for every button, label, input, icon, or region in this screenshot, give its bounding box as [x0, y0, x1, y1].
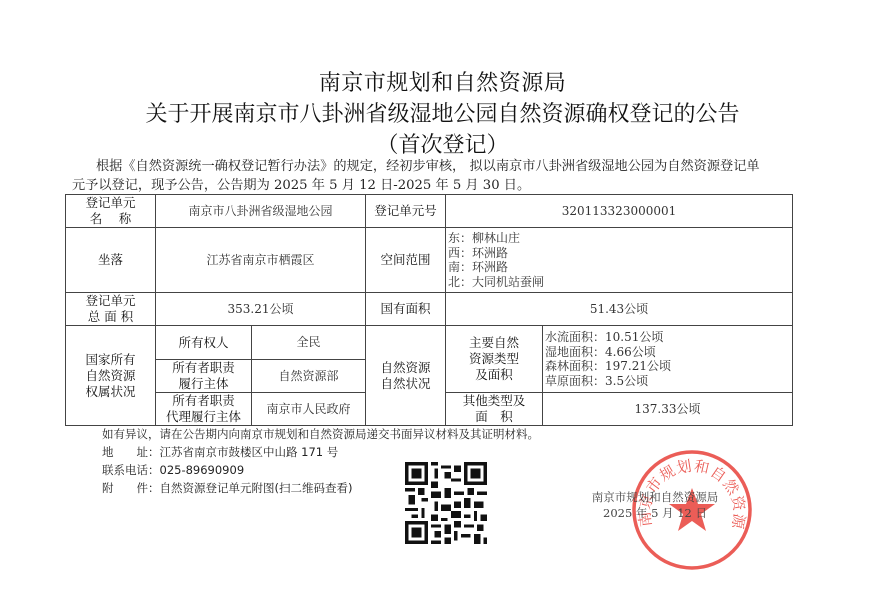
address-value: 江苏省南京市鼓楼区中山路 171 号: [160, 445, 339, 459]
owner-label: 所有权人: [156, 326, 252, 360]
phone-label: 联系电话：: [102, 463, 160, 477]
forest-area: 森林面积：197.21公顷: [545, 359, 792, 374]
intro-line-1: 根据《自然资源统一确权登记暂行办法》的规定，经初步审核， 拟以南京市八卦洲省级湿…: [72, 157, 792, 176]
label-line: 登记单元: [66, 195, 155, 211]
address-label: 地 址：: [102, 445, 160, 459]
unit-no-label: 登记单元号: [366, 195, 446, 228]
label-line: 其他类型及: [446, 393, 542, 409]
registration-table: 登记单元 名 称 南京市八卦洲省级湿地公园 登记单元号 320113323000…: [65, 194, 793, 426]
label-line: 国家所有: [66, 352, 155, 368]
duty-value: 自然资源部: [252, 360, 366, 393]
signature-block: 南京市规划和自然资源局 2025 年 5 月 12 日: [570, 489, 740, 521]
ownership-label: 国家所有 自然资源 权属状况: [66, 326, 156, 426]
table-row: 登记单元 总 面 积 353.21公顷 国有面积 51.43公顷: [66, 293, 793, 326]
qr-code-icon[interactable]: [405, 462, 487, 544]
agent-value: 南京市人民政府: [252, 393, 366, 426]
other-area-value: 137.33公顷: [543, 393, 793, 426]
phone-value: 025-89690909: [160, 463, 245, 477]
grassland-area: 草原面积：3.5公顷: [545, 374, 792, 389]
owner-value: 全民: [252, 326, 366, 360]
state-area-value: 51.43公顷: [446, 293, 793, 326]
attachment-label: 附 件：: [102, 481, 160, 495]
extent-north: 北：大同机站蚕闸: [448, 275, 792, 290]
label-line: 自然状况: [366, 376, 445, 392]
water-area: 水流面积：10.51公顷: [545, 330, 792, 345]
intro-line-2: 元予以登记，现予公告，公告期为 2025 年 5 月 12 日-2025 年 5…: [72, 176, 792, 195]
main-types-value: 水流面积：10.51公顷 湿地面积：4.66公顷 森林面积：197.21公顷 草…: [543, 326, 793, 393]
unit-no-value: 320113323000001: [446, 195, 793, 228]
extent-value: 东：柳林山庄 西：环洲路 南：环洲路 北：大同机站蚕闸: [446, 228, 793, 293]
label-line: 代理履行主体: [156, 409, 251, 425]
extent-south: 南：环洲路: [448, 260, 792, 275]
state-area-label: 国有面积: [366, 293, 446, 326]
table-row: 坐落 江苏省南京市栖霞区 空间范围 东：柳林山庄 西：环洲路 南：环洲路 北：大…: [66, 228, 793, 293]
label-line: 主要自然: [446, 335, 542, 351]
table-row: 国家所有 自然资源 权属状况 所有权人 全民 自然资源 自然状况 主要自然 资源…: [66, 326, 793, 360]
label-line: 所有者职责: [156, 393, 251, 409]
label-line: 自然资源: [66, 368, 155, 384]
location-label: 坐落: [66, 228, 156, 293]
notice-title: 关于开展南京市八卦洲省级湿地公园自然资源确权登记的公告: [0, 97, 885, 128]
attachment-value: 自然资源登记单元附图(扫二维码查看): [160, 481, 353, 495]
unit-name-label: 登记单元 名 称: [66, 195, 156, 228]
other-types-label: 其他类型及 面 积: [446, 393, 543, 426]
label-line: 自然资源: [366, 360, 445, 376]
label-line: 资源类型: [446, 351, 542, 367]
label-line: 及面积: [446, 367, 542, 383]
notice-subtitle: （首次登记）: [0, 128, 885, 159]
objection-note: 如有异议，请在公告期内向南京市规划和自然资源局递交书面异议材料及其证明材料。: [102, 425, 539, 443]
label-line: 权属状况: [66, 384, 155, 400]
address-line: 地 址：江苏省南京市鼓楼区中山路 171 号: [102, 443, 539, 461]
main-types-label: 主要自然 资源类型 及面积: [446, 326, 543, 393]
agent-label: 所有者职责 代理履行主体: [156, 393, 252, 426]
intro-paragraph: 根据《自然资源统一确权登记暂行办法》的规定，经初步审核， 拟以南京市八卦洲省级湿…: [72, 157, 792, 195]
wetland-area: 湿地面积：4.66公顷: [545, 345, 792, 360]
signature-org: 南京市规划和自然资源局: [570, 489, 740, 505]
location-value: 江苏省南京市栖霞区: [156, 228, 366, 293]
label-line: 面 积: [446, 409, 542, 425]
issuer-title: 南京市规划和自然资源局: [0, 66, 885, 97]
extent-west: 西：环洲路: [448, 246, 792, 261]
signature-date: 2025 年 5 月 12 日: [570, 505, 740, 521]
label-line: 登记单元: [66, 293, 155, 309]
label-line: 履行主体: [156, 376, 251, 392]
total-area-value: 353.21公顷: [156, 293, 366, 326]
unit-name-value: 南京市八卦洲省级湿地公园: [156, 195, 366, 228]
nature-status-label: 自然资源 自然状况: [366, 326, 446, 426]
label-line: 名 称: [66, 211, 155, 227]
table-row: 登记单元 名 称 南京市八卦洲省级湿地公园 登记单元号 320113323000…: [66, 195, 793, 228]
extent-label: 空间范围: [366, 228, 446, 293]
label-line: 总 面 积: [66, 309, 155, 325]
extent-east: 东：柳林山庄: [448, 231, 792, 246]
label-line: 所有者职责: [156, 360, 251, 376]
total-area-label: 登记单元 总 面 积: [66, 293, 156, 326]
duty-label: 所有者职责 履行主体: [156, 360, 252, 393]
